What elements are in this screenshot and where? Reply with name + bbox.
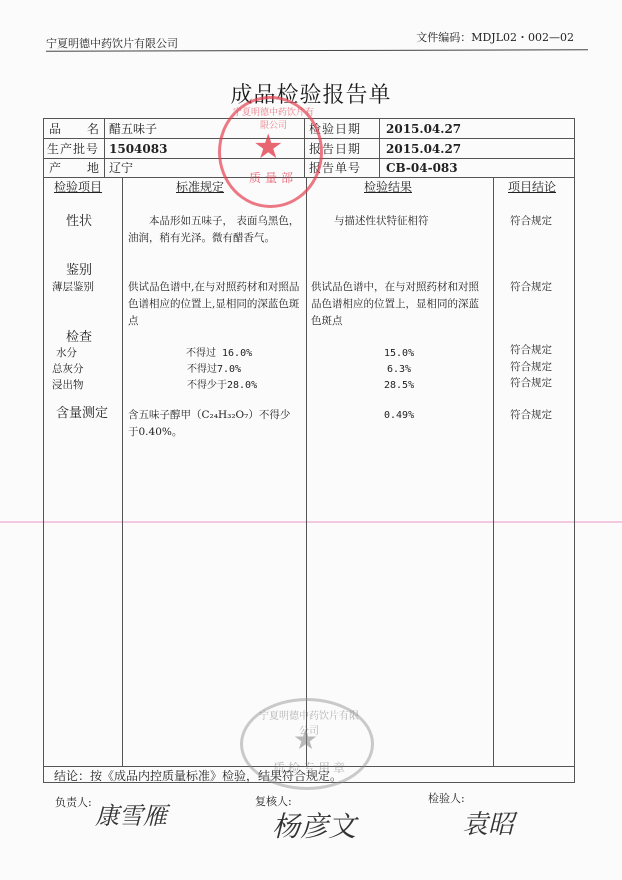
document-number: 文件编码：MDJL02・002—02	[416, 29, 574, 45]
quality-dept-stamp: 宁夏明德中药饮片有限公司 ★ 质量部	[218, 96, 323, 208]
conclusion-appearance: 符合规定	[510, 213, 552, 230]
standard-assay: 含五味子醇甲（C₂₄H₃₂O₇）不得少于0.40%。	[128, 407, 300, 441]
conclusion-extract: 符合规定	[510, 375, 552, 392]
standard-extract: 不得少于28.0%	[187, 377, 257, 395]
header-divider	[46, 49, 588, 51]
col-divider	[104, 119, 105, 177]
reviewer-signature: 杨彦文	[272, 805, 356, 845]
conclusion-total-ash: 符合规定	[510, 359, 552, 376]
conclusion-moisture: 符合规定	[510, 342, 552, 359]
header-conclusion: 项目结论	[508, 178, 556, 196]
result-extract: 28.5%	[384, 377, 414, 395]
qc-seal-stamp: 宁夏明德中药饮片有限公司 ★ 质检专用章	[240, 698, 374, 790]
result-tlc: 供试品色谱中，在与对照药材和对照品色谱相应的位置上，显相同的深蓝色斑点	[311, 279, 489, 330]
batch-label: 生产批号	[47, 140, 99, 158]
report-date-value: 2015.04.27	[386, 140, 461, 158]
product-name-value: 醋五味子	[109, 120, 157, 138]
header-item: 检验项目	[54, 178, 102, 196]
origin-label: 产地	[49, 159, 99, 177]
report-no-value: CB-04-083	[386, 159, 458, 177]
result-assay: 0.49%	[384, 407, 414, 425]
conclusion-assay: 符合规定	[510, 407, 552, 424]
inspector-signature: 袁昭	[462, 804, 514, 841]
item-identification: 鉴别	[66, 262, 92, 280]
star-icon: ★	[253, 127, 283, 167]
standard-appearance: 本品形如五味子， 表面乌黑色，油润，稍有光泽。微有醋香气。	[128, 213, 300, 247]
inspector-label: 检验人:	[428, 790, 465, 806]
item-appearance: 性状	[66, 213, 92, 231]
item-tlc: 薄层鉴别	[52, 279, 94, 296]
header-standard: 标准规定	[176, 178, 224, 196]
col-divider	[493, 177, 494, 766]
responsible-label: 负责人:	[55, 794, 92, 810]
responsible-signature: 康雪雁	[95, 796, 167, 831]
col-divider	[379, 119, 380, 177]
batch-value: 1504083	[109, 140, 167, 158]
origin-value: 辽宁	[109, 159, 133, 177]
col-divider	[122, 177, 123, 766]
company-name: 宁夏明德中药饮片有限公司	[46, 35, 178, 51]
standard-tlc: 供试品色谱中,在与对照药材和对照品色谱相应的位置上,显相同的深蓝色斑点	[128, 279, 302, 330]
conclusion-tlc: 符合规定	[510, 279, 552, 296]
inspect-date-value: 2015.04.27	[386, 120, 461, 138]
col-divider	[306, 177, 307, 766]
item-total-ash: 总灰分	[52, 361, 84, 378]
item-assay: 含量测定	[56, 405, 108, 423]
header-result: 检验结果	[364, 178, 412, 196]
report-table: 品名 醋五味子 生产批号 1504083 产地 辽宁 检验日期 2015.04.…	[43, 118, 575, 783]
item-extract: 浸出物	[52, 377, 84, 394]
product-name-label: 品名	[49, 120, 99, 138]
item-moisture: 水分	[56, 345, 77, 362]
star-icon: ★	[293, 723, 318, 756]
result-appearance: 与描述性状特征相符	[334, 213, 429, 230]
